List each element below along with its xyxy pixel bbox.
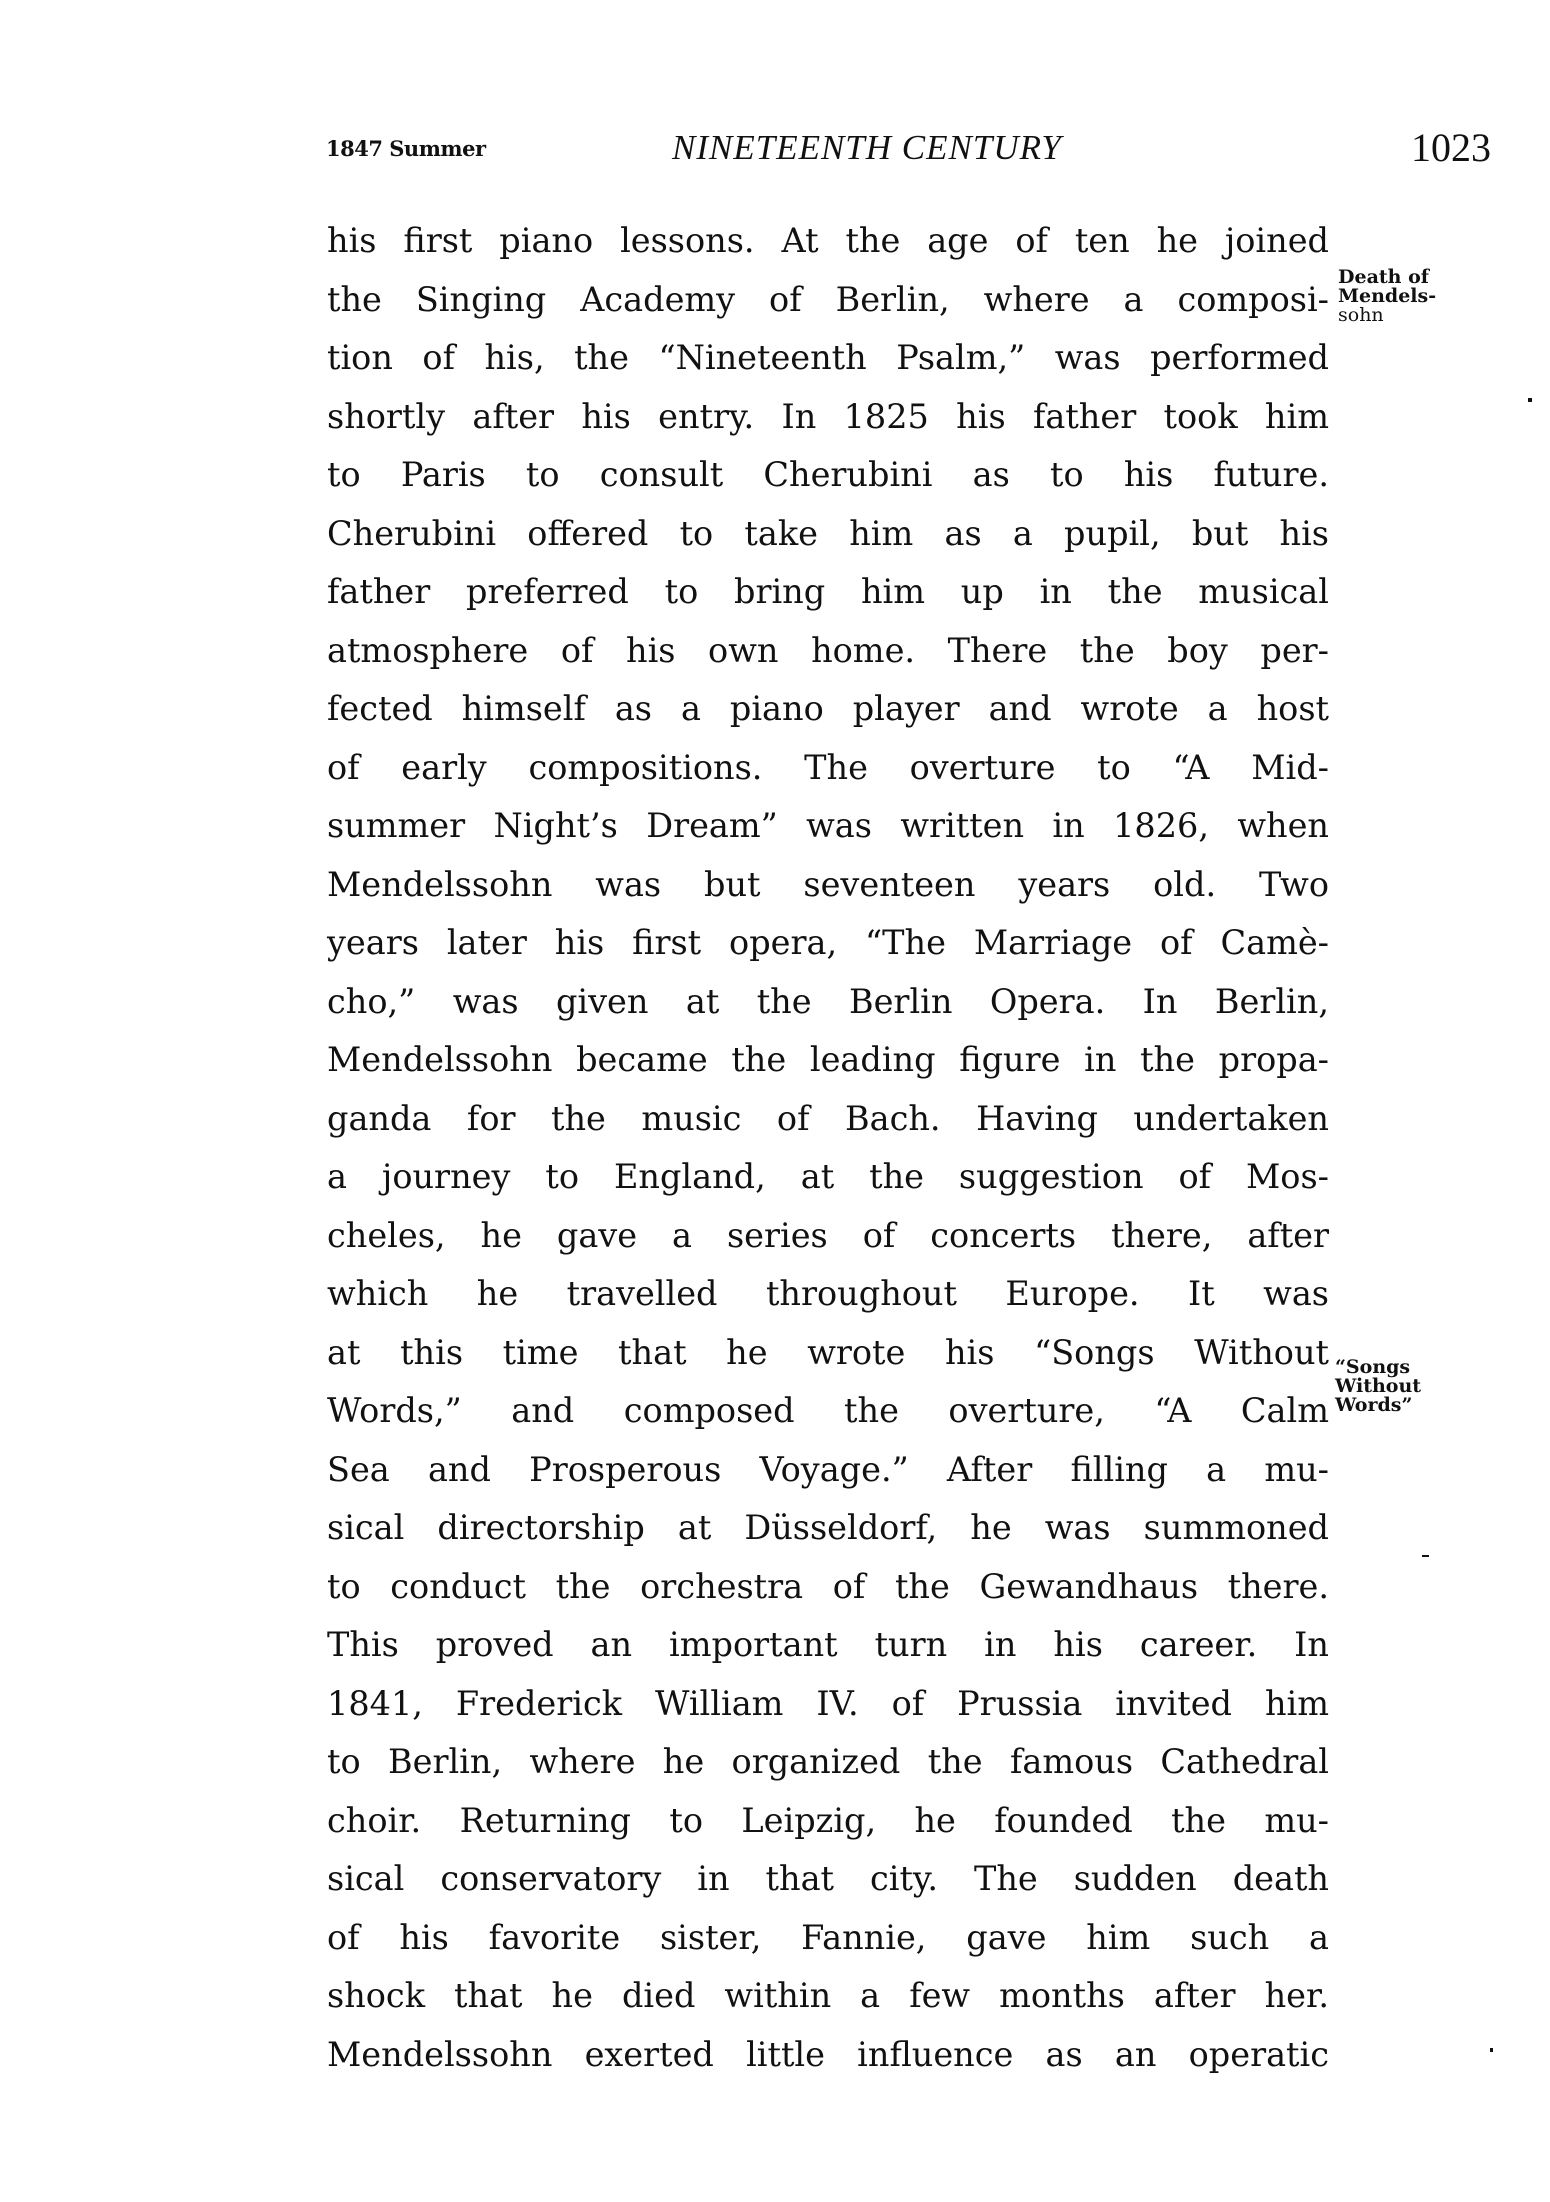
text-line: to conduct the orchestra of the Gewandha… xyxy=(327,1558,1329,1617)
text-line: atmosphere of his own home. There the bo… xyxy=(327,622,1329,681)
text-line: the Singing Academy of Berlin, where a c… xyxy=(327,271,1329,330)
scan-speck xyxy=(1528,398,1532,402)
text-line: ganda for the music of Bach. Having unde… xyxy=(327,1090,1329,1149)
text-line: Cherubini offered to take him as a pupil… xyxy=(327,505,1329,564)
text-line: of early compositions. The overture to “… xyxy=(327,739,1329,798)
book-page: 1847 Summer NINETEENTH CENTURY 1023 his … xyxy=(0,0,1550,2202)
text-line: summer Night’s Dream” was written in 182… xyxy=(327,797,1329,856)
text-line: years later his first opera, “The Marria… xyxy=(327,914,1329,973)
text-line: to Berlin, where he organized the famous… xyxy=(327,1733,1329,1792)
body-text: his first piano lessons. At the age of t… xyxy=(327,212,1329,2084)
text-line: fected himself as a piano player and wro… xyxy=(327,680,1329,739)
text-line: shock that he died within a few months a… xyxy=(327,1967,1329,2026)
text-line: father preferred to bring him up in the … xyxy=(327,563,1329,622)
running-head-title: NINETEENTH CENTURY xyxy=(672,128,1062,168)
text-line: sical conservatory in that city. The sud… xyxy=(327,1850,1329,1909)
text-line: Sea and Prosperous Voyage.” After fillin… xyxy=(327,1441,1329,1500)
text-line: Mendelssohn became the leading figure in… xyxy=(327,1031,1329,1090)
text-line: choir. Returning to Leipzig, he founded … xyxy=(327,1792,1329,1851)
sidenote-line: Words” xyxy=(1335,1396,1421,1415)
text-line: This proved an important turn in his car… xyxy=(327,1616,1329,1675)
text-line: Mendelssohn was but seventeen years old.… xyxy=(327,856,1329,915)
sidenote-songs-without-words: “Songs Without Words” xyxy=(1335,1358,1421,1415)
running-head-date: 1847 Summer xyxy=(326,136,486,161)
text-line: cheles, he gave a series of concerts the… xyxy=(327,1207,1329,1266)
text-line: Words,” and composed the overture, “A Ca… xyxy=(327,1382,1329,1441)
text-line: to Paris to consult Cherubini as to his … xyxy=(327,446,1329,505)
text-line: at this time that he wrote his “Songs Wi… xyxy=(327,1324,1329,1383)
sidenote-death-of-mendelssohn: Death of Mendels- sohn xyxy=(1338,268,1436,325)
text-line: of his favorite sister, Fannie, gave him… xyxy=(327,1909,1329,1968)
text-line: Mendelssohn exerted little influence as … xyxy=(327,2026,1329,2085)
sidenote-line: sohn xyxy=(1338,306,1436,325)
text-line: 1841, Frederick William IV. of Prussia i… xyxy=(327,1675,1329,1734)
scan-speck xyxy=(1490,2048,1493,2052)
text-line: sical directorship at Düsseldorf, he was… xyxy=(327,1499,1329,1558)
text-line: cho,” was given at the Berlin Opera. In … xyxy=(327,973,1329,1032)
text-line: his first piano lessons. At the age of t… xyxy=(327,212,1329,271)
page-number: 1023 xyxy=(1411,124,1491,171)
text-line: tion of his, the “Nineteenth Psalm,” was… xyxy=(327,329,1329,388)
scan-speck xyxy=(1422,1555,1429,1557)
text-line: which he travelled throughout Europe. It… xyxy=(327,1265,1329,1324)
text-line: a journey to England, at the suggestion … xyxy=(327,1148,1329,1207)
text-line: shortly after his entry. In 1825 his fat… xyxy=(327,388,1329,447)
